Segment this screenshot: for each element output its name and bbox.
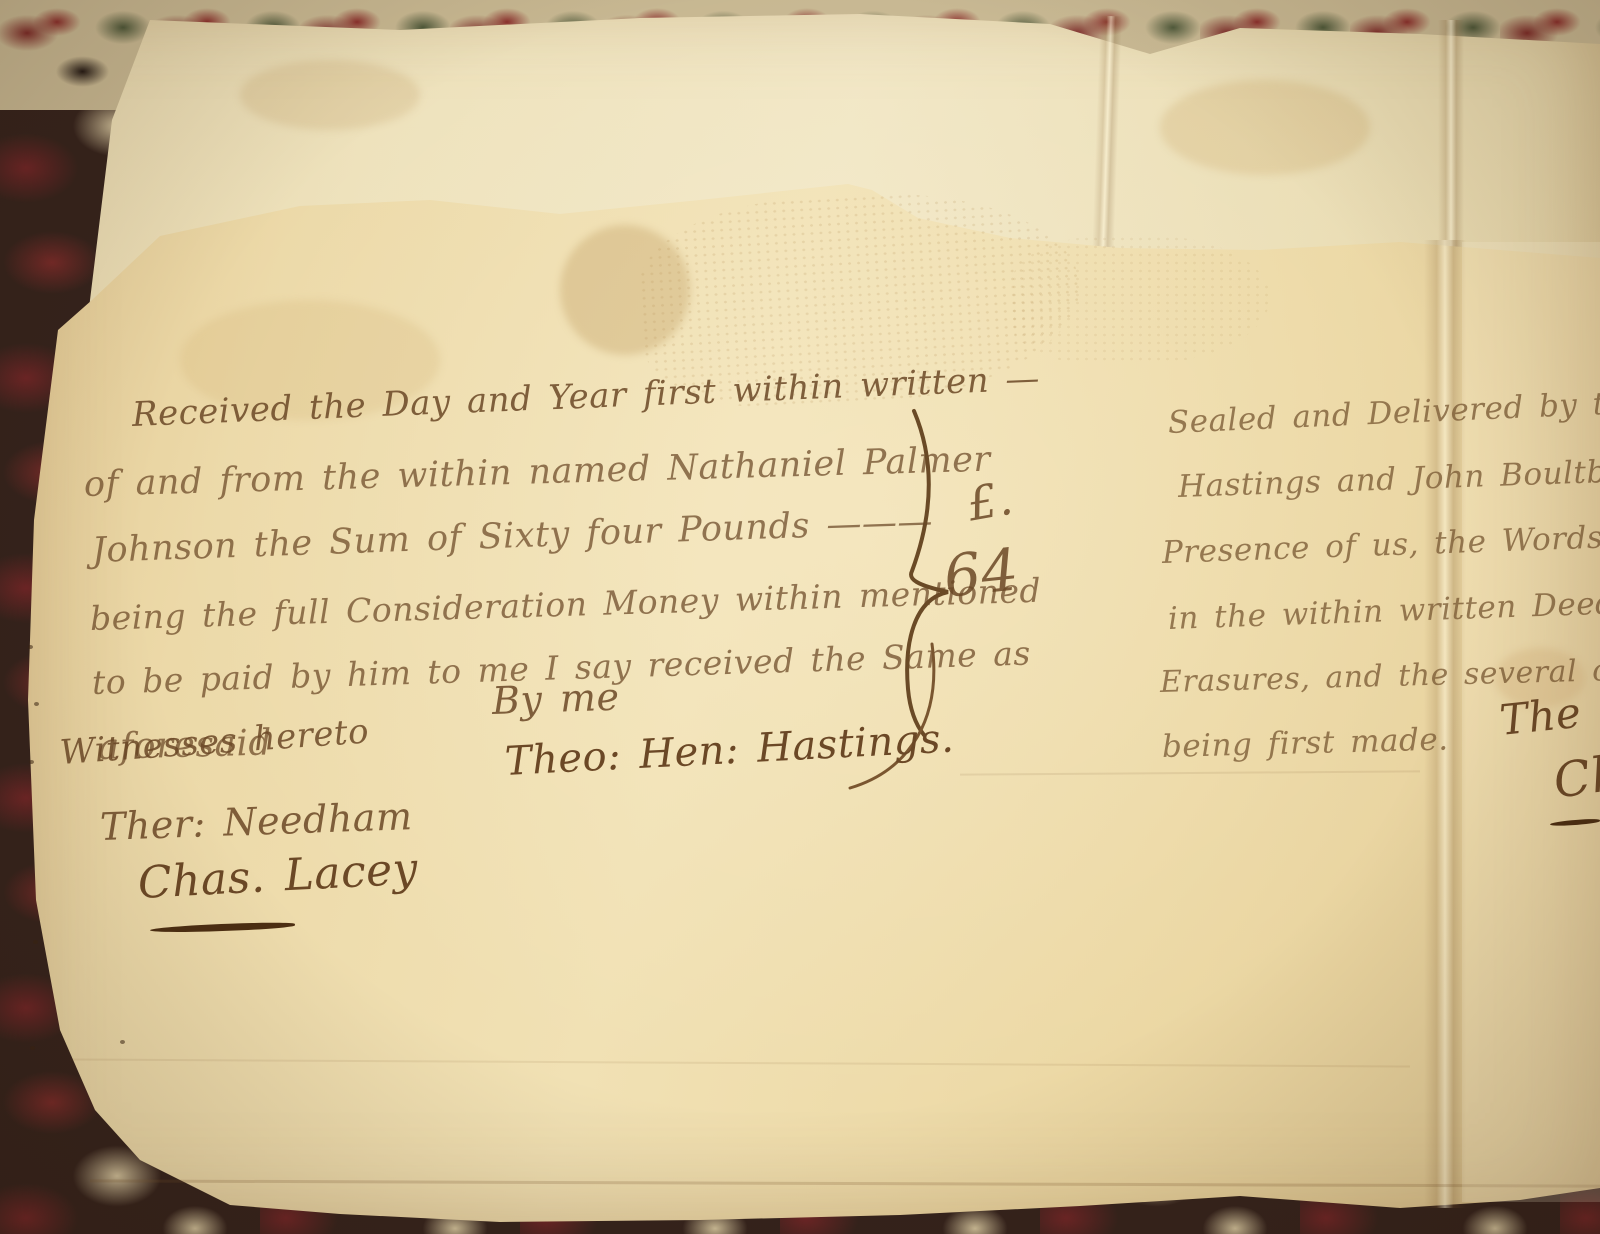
cut-signature-1: The (1498, 692, 1583, 742)
ink-speck (28, 645, 33, 649)
ink-speck (120, 1040, 125, 1044)
attestation-line-6: being first made. (1162, 725, 1449, 763)
ink-speck (33, 940, 38, 944)
witness-signature-1: Ther: Needham (99, 797, 413, 846)
amount-value: 64 (941, 540, 1021, 606)
ink-speck (29, 760, 34, 764)
pound-sign: £. (964, 475, 1016, 528)
by-me-text: By me (491, 678, 620, 720)
ink-speck (34, 702, 39, 706)
cut-signature-2: Ch (1551, 749, 1600, 806)
photo-of-vellum-deed: Received the Day and Year first within w… (0, 0, 1600, 1234)
ink-speck (30, 1046, 35, 1050)
signature-flourish (838, 628, 960, 800)
